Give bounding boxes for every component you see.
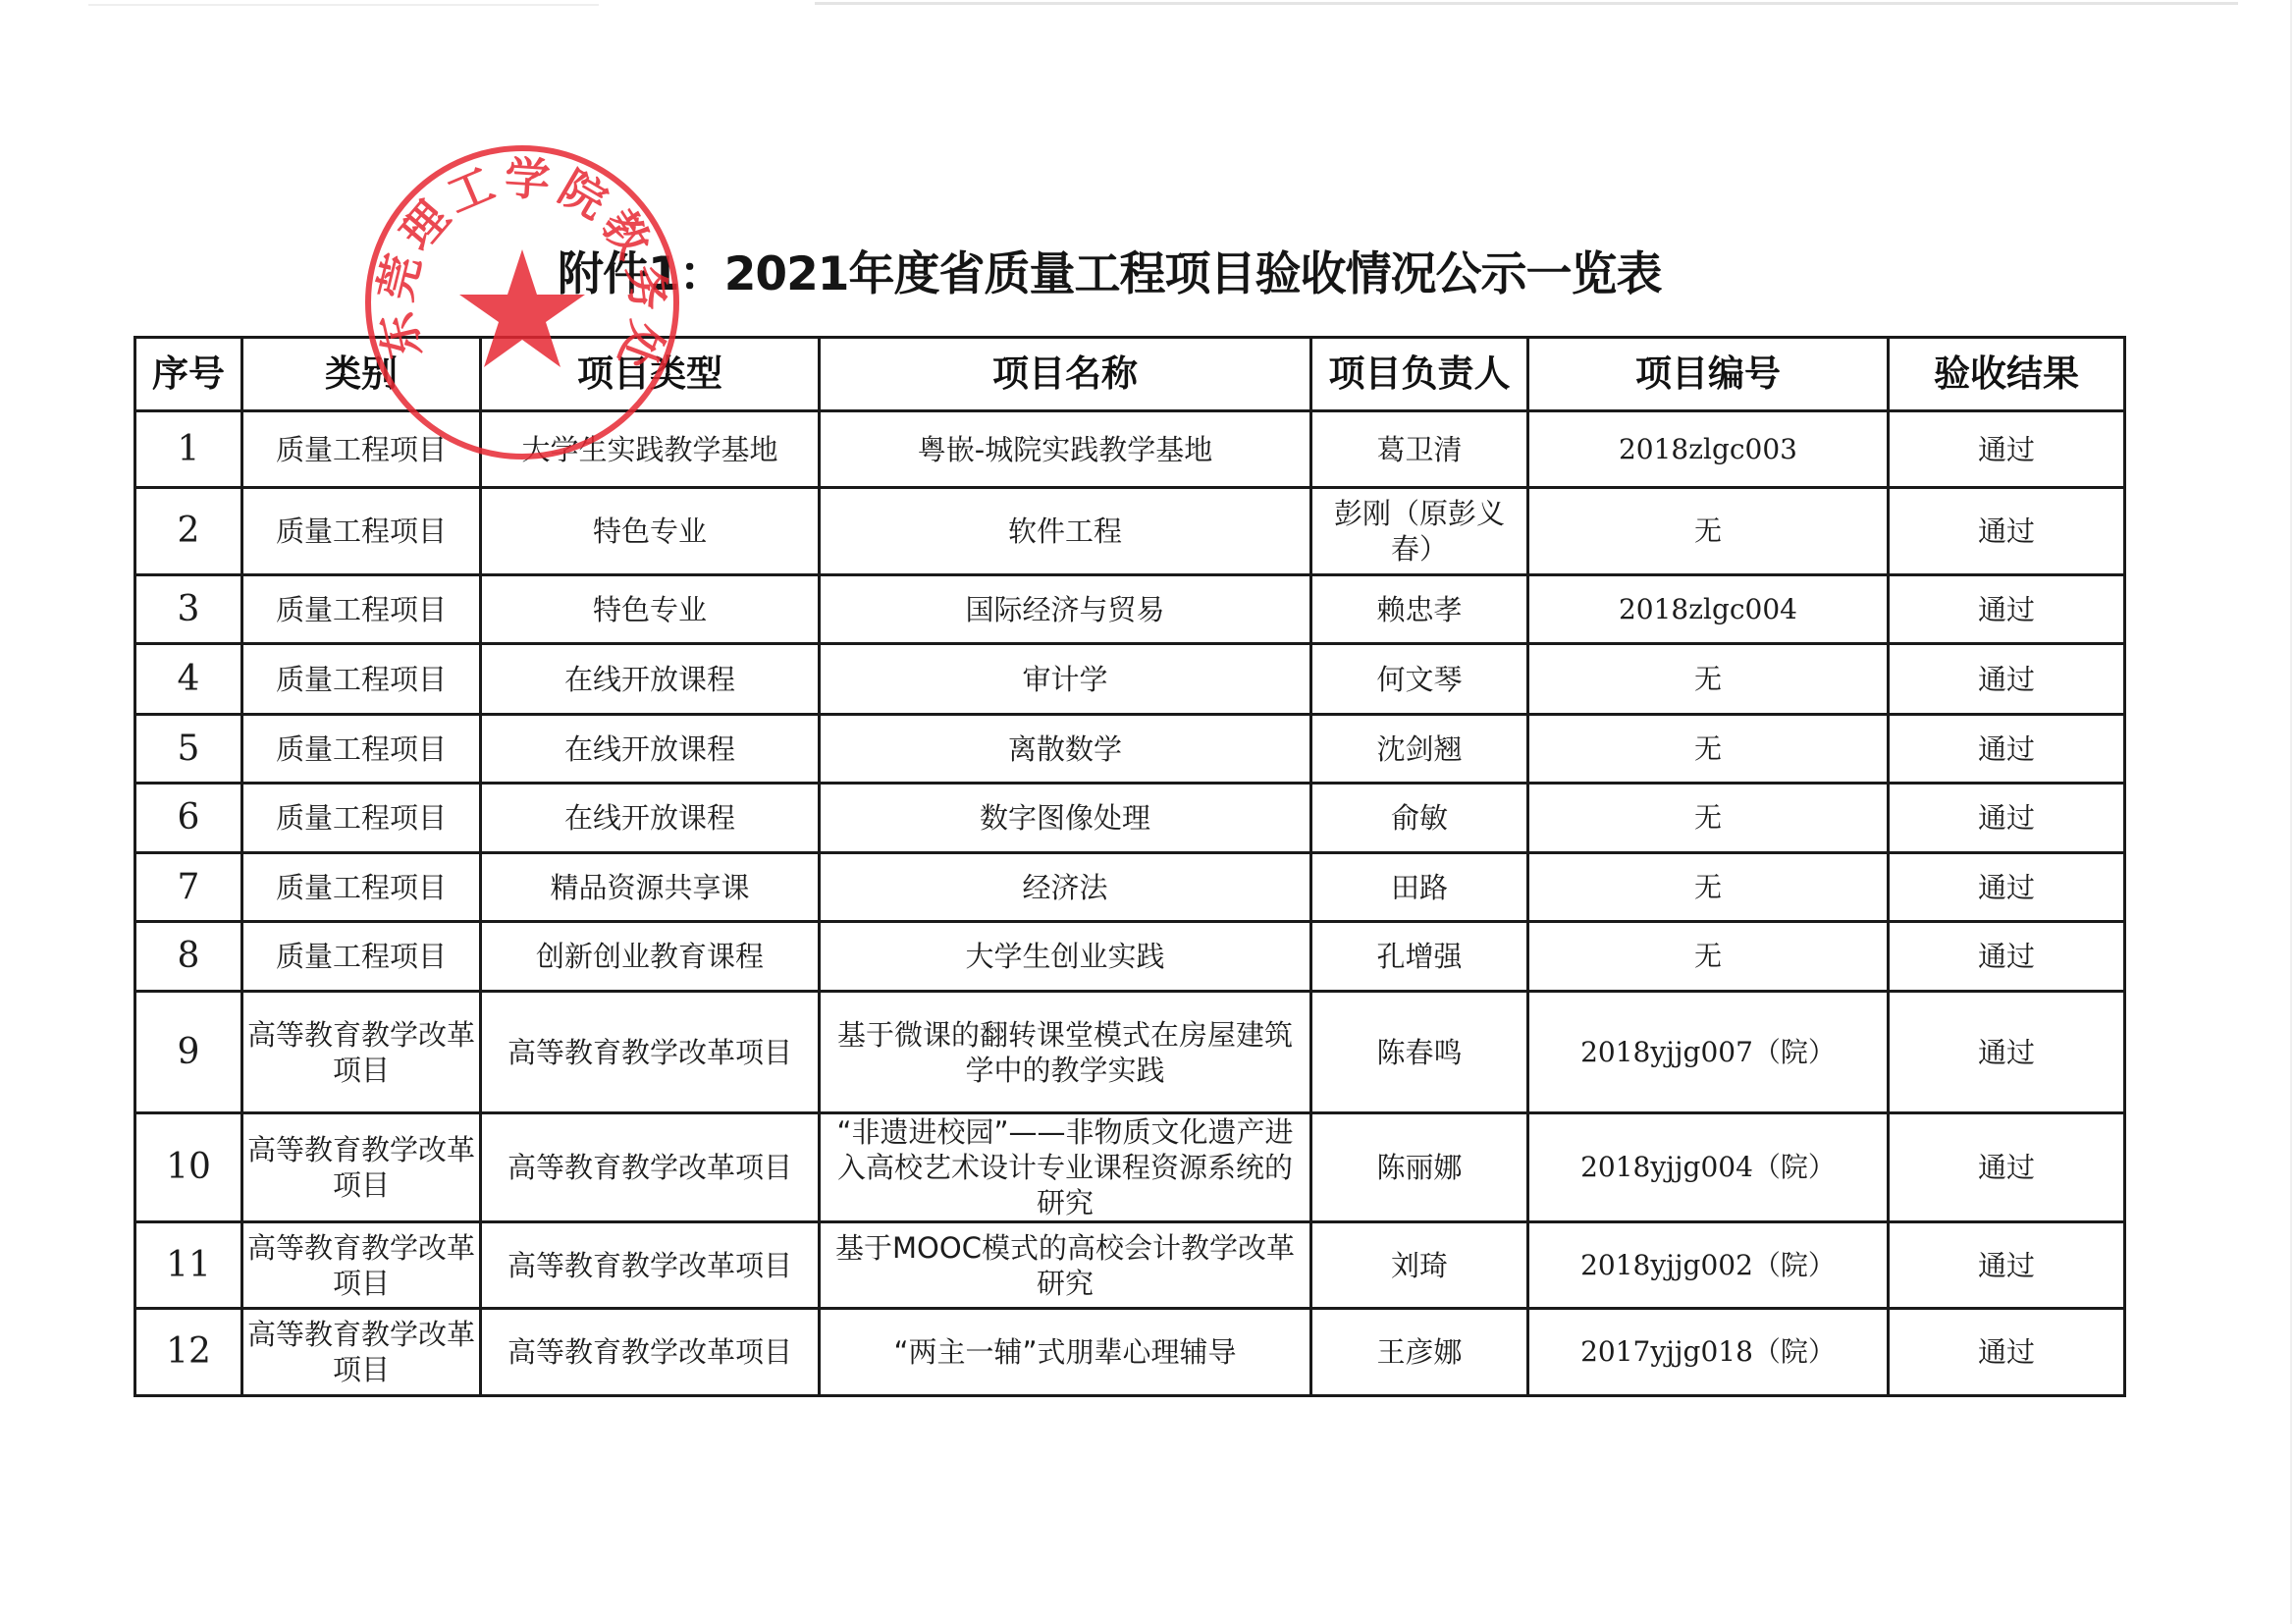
cell-index: 12 [135,1309,242,1396]
cell-project-code: 2018yjjg007（院） [1528,992,1889,1113]
cell-project-name: 数字图像处理 [820,784,1311,853]
cell-acceptance-result: 通过 [1889,1113,2125,1222]
cell-acceptance-result: 通过 [1889,575,2125,644]
cell-category: 质量工程项目 [242,922,481,992]
cell-project-name: “非遗进校园”——非物质文化遗产进入高校艺术设计专业课程资源系统的研究 [820,1113,1311,1222]
table-row: 4 质量工程项目 在线开放课程 审计学 何文琴 无 通过 [135,644,2125,715]
cell-project-leader: 孔增强 [1311,922,1528,992]
cell-project-name: 基于微课的翻转课堂模式在房屋建筑学中的教学实践 [820,992,1311,1113]
cell-acceptance-result: 通过 [1889,488,2125,575]
cell-category: 质量工程项目 [242,575,481,644]
cell-project-type: 大学生实践教学基地 [481,411,820,488]
cell-index: 2 [135,488,242,575]
cell-project-type: 在线开放课程 [481,644,820,715]
cell-index: 8 [135,922,242,992]
cell-project-name: 离散数学 [820,715,1311,784]
header-project-name: 项目名称 [820,338,1311,411]
cell-project-name: 软件工程 [820,488,1311,575]
cell-acceptance-result: 通过 [1889,853,2125,922]
table-row: 7 质量工程项目 精品资源共享课 经济法 田路 无 通过 [135,853,2125,922]
header-project-code: 项目编号 [1528,338,1889,411]
cell-project-code: 2018zlgc004 [1528,575,1889,644]
cell-project-type: 创新创业教育课程 [481,922,820,992]
cell-acceptance-result: 通过 [1889,784,2125,853]
cell-project-name: 审计学 [820,644,1311,715]
cell-category: 质量工程项目 [242,644,481,715]
cell-project-leader: 田路 [1311,853,1528,922]
cell-project-name: 基于MOOC模式的高校会计教学改革研究 [820,1222,1311,1309]
cell-project-type: 高等教育教学改革项目 [481,1309,820,1396]
cell-category: 高等教育教学改革项目 [242,1113,481,1222]
cell-category: 质量工程项目 [242,411,481,488]
header-project-leader: 项目负责人 [1311,338,1528,411]
table-row: 8 质量工程项目 创新创业教育课程 大学生创业实践 孔增强 无 通过 [135,922,2125,992]
cell-project-type: 高等教育教学改革项目 [481,1113,820,1222]
header-acceptance-result: 验收结果 [1889,338,2125,411]
cell-acceptance-result: 通过 [1889,1309,2125,1396]
cell-project-code: 无 [1528,922,1889,992]
header-category: 类别 [242,338,481,411]
cell-project-leader: 赖忠孝 [1311,575,1528,644]
table-row: 1 质量工程项目 大学生实践教学基地 粤嵌-城院实践教学基地 葛卫清 2018z… [135,411,2125,488]
cell-project-leader: 葛卫清 [1311,411,1528,488]
cell-project-type: 特色专业 [481,575,820,644]
cell-project-code: 2018yjjg004（院） [1528,1113,1889,1222]
cell-category: 质量工程项目 [242,488,481,575]
cell-acceptance-result: 通过 [1889,644,2125,715]
cell-project-leader: 陈春鸣 [1311,992,1528,1113]
cell-project-type: 高等教育教学改革项目 [481,992,820,1113]
cell-category: 质量工程项目 [242,715,481,784]
cell-category: 高等教育教学改革项目 [242,1222,481,1309]
cell-project-code: 2017yjjg018（院） [1528,1309,1889,1396]
cell-project-leader: 彭刚（原彭义春） [1311,488,1528,575]
cell-project-code: 无 [1528,715,1889,784]
cell-index: 4 [135,644,242,715]
table-row: 9 高等教育教学改革项目 高等教育教学改革项目 基于微课的翻转课堂模式在房屋建筑… [135,992,2125,1113]
cell-category: 质量工程项目 [242,853,481,922]
cell-project-name: 大学生创业实践 [820,922,1311,992]
table-row: 6 质量工程项目 在线开放课程 数字图像处理 俞敏 无 通过 [135,784,2125,853]
table-row: 11 高等教育教学改革项目 高等教育教学改革项目 基于MOOC模式的高校会计教学… [135,1222,2125,1309]
header-index: 序号 [135,338,242,411]
table-row: 5 质量工程项目 在线开放课程 离散数学 沈剑翘 无 通过 [135,715,2125,784]
cell-acceptance-result: 通过 [1889,1222,2125,1309]
cell-index: 5 [135,715,242,784]
cell-category: 质量工程项目 [242,784,481,853]
cell-index: 6 [135,784,242,853]
header-project-type: 项目类型 [481,338,820,411]
cell-project-leader: 沈剑翘 [1311,715,1528,784]
cell-project-type: 特色专业 [481,488,820,575]
cell-project-name: “两主一辅”式朋辈心理辅导 [820,1309,1311,1396]
cell-project-leader: 刘琦 [1311,1222,1528,1309]
cell-project-leader: 何文琴 [1311,644,1528,715]
cell-category: 高等教育教学改革项目 [242,992,481,1113]
cell-index: 9 [135,992,242,1113]
cell-index: 7 [135,853,242,922]
cell-project-leader: 俞敏 [1311,784,1528,853]
cell-project-type: 精品资源共享课 [481,853,820,922]
cell-project-code: 无 [1528,853,1889,922]
cell-project-name: 经济法 [820,853,1311,922]
cell-project-leader: 陈丽娜 [1311,1113,1528,1222]
cell-project-name: 国际经济与贸易 [820,575,1311,644]
cell-index: 11 [135,1222,242,1309]
scan-artifact-right-edge [2290,0,2292,1624]
cell-index: 1 [135,411,242,488]
cell-project-code: 无 [1528,488,1889,575]
cell-acceptance-result: 通过 [1889,715,2125,784]
table-header-row: 序号 类别 项目类型 项目名称 项目负责人 项目编号 验收结果 [135,338,2125,411]
cell-project-code: 无 [1528,784,1889,853]
cell-index: 3 [135,575,242,644]
table-row: 12 高等教育教学改革项目 高等教育教学改革项目 “两主一辅”式朋辈心理辅导 王… [135,1309,2125,1396]
cell-project-leader: 王彦娜 [1311,1309,1528,1396]
cell-acceptance-result: 通过 [1889,411,2125,488]
cell-project-code: 无 [1528,644,1889,715]
cell-acceptance-result: 通过 [1889,992,2125,1113]
table-row: 2 质量工程项目 特色专业 软件工程 彭刚（原彭义春） 无 通过 [135,488,2125,575]
cell-project-code: 2018zlgc003 [1528,411,1889,488]
scan-artifact-top-left [88,4,599,6]
cell-project-type: 在线开放课程 [481,715,820,784]
cell-project-type: 在线开放课程 [481,784,820,853]
cell-category: 高等教育教学改革项目 [242,1309,481,1396]
scan-artifact-top [815,2,2238,5]
cell-project-name: 粤嵌-城院实践教学基地 [820,411,1311,488]
cell-project-type: 高等教育教学改革项目 [481,1222,820,1309]
cell-index: 10 [135,1113,242,1222]
table-row: 3 质量工程项目 特色专业 国际经济与贸易 赖忠孝 2018zlgc004 通过 [135,575,2125,644]
table-row: 10 高等教育教学改革项目 高等教育教学改革项目 “非遗进校园”——非物质文化遗… [135,1113,2125,1222]
cell-project-code: 2018yjjg002（院） [1528,1222,1889,1309]
cell-acceptance-result: 通过 [1889,922,2125,992]
project-acceptance-table: 序号 类别 项目类型 项目名称 项目负责人 项目编号 验收结果 1 质量工程项目… [133,336,2126,1397]
document-title: 附件1：2021年度省质量工程项目验收情况公示一览表 [558,245,1716,304]
